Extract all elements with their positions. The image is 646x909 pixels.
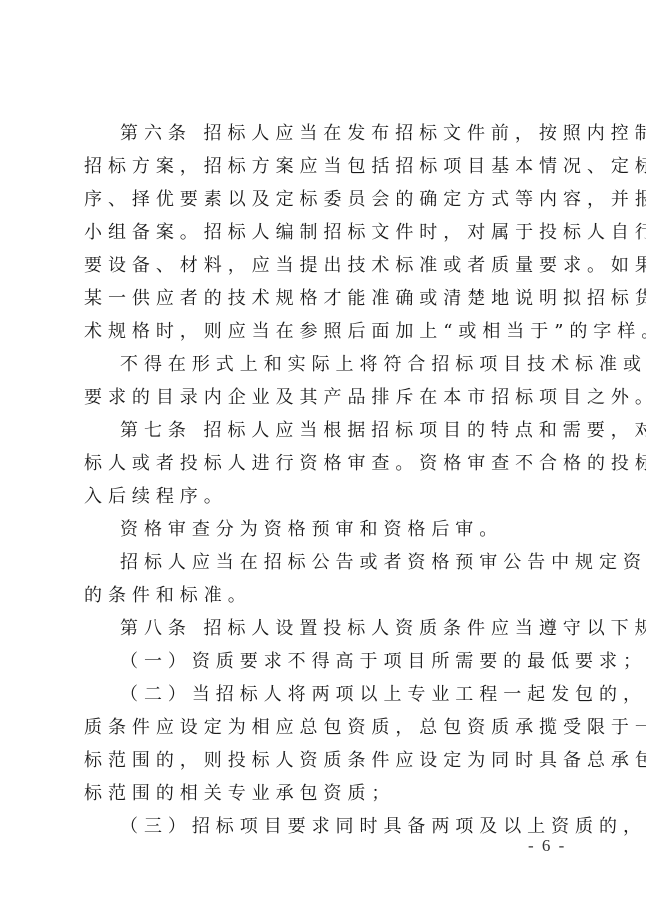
text-line: 入后续程序。 (84, 480, 568, 513)
text-line: 第八条 招标人设置投标人资质条件应当遵守以下规定： (84, 612, 568, 645)
text-line: 要设备、材料，应当提出技术标准或者质量要求。如果必须引用 (84, 249, 568, 282)
text-line: 术规格时，则应当在参照后面加上“或相当于”的字样。 (84, 315, 568, 348)
text-line: （三）招标项目要求同时具备两项及以上资质的，招标人可 (84, 810, 568, 843)
text-line: 资格审查分为资格预审和资格后审。 (84, 513, 568, 546)
text-line: 小组备案。招标人编制招标文件时，对属于投标人自行采购的主 (84, 216, 568, 249)
text-line: 某一供应者的技术规格才能准确或清楚地说明拟招标货物的技 (84, 282, 568, 315)
document-body: 第六条 招标人应当在发布招标文件前，按照内控制度编制 招标方案，招标方案应当包括… (84, 117, 568, 843)
text-line: 第七条 招标人应当根据招标项目的特点和需要，对潜在投 (84, 414, 568, 447)
text-line: 标人或者投标人进行资格审查。资格审查不合格的投标人不得进 (84, 447, 568, 480)
text-line: 标范围的相关专业承包资质； (84, 777, 568, 810)
text-line: 不得在形式上和实际上将符合招标项目技术标准或者质量 (84, 348, 568, 381)
text-line: 招标人应当在招标公告或者资格预审公告中规定资格审查 (84, 546, 568, 579)
text-line: 第六条 招标人应当在发布招标文件前，按照内控制度编制 (84, 117, 568, 150)
text-line: 标范围的，则投标人资质条件应设定为同时具备总承包和达到招 (84, 744, 568, 777)
text-line: （二）当招标人将两项以上专业工程一起发包的，投标人资 (84, 678, 568, 711)
text-line: （一）资质要求不得高于项目所需要的最低要求； (84, 645, 568, 678)
text-line: 序、择优要素以及定标委员会的确定方式等内容，并报招标监督 (84, 183, 568, 216)
text-line: 质条件应设定为相应总包资质，总包资质承揽受限于一定技术指 (84, 711, 568, 744)
page-number: - 6 - (528, 836, 566, 856)
text-line: 要求的目录内企业及其产品排斥在本市招标项目之外。 (84, 381, 568, 414)
document-page: 第六条 招标人应当在发布招标文件前，按照内控制度编制 招标方案，招标方案应当包括… (0, 0, 646, 909)
text-line: 招标方案，招标方案应当包括招标项目基本情况、定标方法和程 (84, 150, 568, 183)
text-line: 的条件和标准。 (84, 579, 568, 612)
